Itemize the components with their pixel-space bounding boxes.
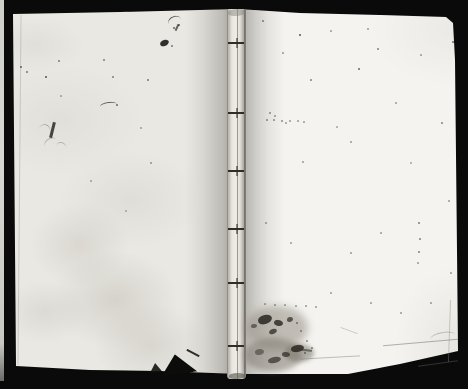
paper-speck bbox=[116, 104, 118, 106]
paper-speck bbox=[262, 20, 264, 22]
paper-speck bbox=[299, 34, 301, 36]
pencil-scribble bbox=[55, 141, 67, 152]
paper-speck bbox=[265, 222, 267, 224]
paper-speck bbox=[303, 121, 305, 123]
tape-head-shade bbox=[228, 9, 245, 16]
paper-speck bbox=[305, 305, 307, 307]
paper-speck bbox=[448, 200, 450, 202]
paper-speck bbox=[26, 71, 28, 73]
tape-foot-shade bbox=[229, 373, 245, 379]
paper-speck bbox=[273, 119, 275, 121]
paper-speck bbox=[419, 238, 421, 240]
paper-speck bbox=[395, 102, 397, 104]
paper-speck bbox=[60, 95, 62, 97]
paper-speck bbox=[311, 347, 313, 349]
paper-speck bbox=[418, 251, 420, 253]
paper-speck bbox=[140, 127, 142, 129]
paper-speck bbox=[285, 122, 287, 124]
paper-speck bbox=[171, 45, 173, 47]
paper-speck bbox=[45, 76, 47, 78]
paper-speck bbox=[290, 242, 292, 244]
paper-speck bbox=[281, 120, 283, 122]
paper-speck bbox=[330, 30, 332, 32]
paper-speck bbox=[417, 262, 419, 264]
paper-speck bbox=[300, 330, 302, 332]
paper-speck bbox=[441, 122, 443, 124]
paper-speck bbox=[284, 304, 286, 306]
paper-speck bbox=[269, 112, 271, 114]
paper-speck bbox=[350, 141, 352, 143]
paper-speck bbox=[380, 232, 382, 234]
paper-speck bbox=[296, 322, 298, 324]
paper-speck bbox=[266, 119, 268, 121]
scratch bbox=[418, 360, 458, 367]
scanner-bed bbox=[0, 0, 468, 389]
paper-speck bbox=[377, 48, 379, 50]
paper-speck bbox=[350, 252, 352, 254]
paper-speck bbox=[315, 306, 317, 308]
paper-speck bbox=[400, 312, 402, 314]
pencil-curve bbox=[100, 101, 118, 110]
paper-speck bbox=[147, 79, 149, 81]
paper-speck bbox=[289, 120, 291, 122]
artifact-layer bbox=[0, 0, 468, 389]
paper-speck bbox=[103, 59, 105, 61]
paper-speck bbox=[330, 292, 332, 294]
paper-speck bbox=[310, 79, 312, 81]
paper-speck bbox=[410, 162, 412, 164]
paper-speck bbox=[282, 52, 284, 54]
paper-speck bbox=[125, 210, 127, 212]
paper-speck bbox=[370, 302, 372, 304]
scratch bbox=[340, 327, 357, 334]
paper-speck bbox=[20, 66, 22, 68]
paper-speck bbox=[452, 41, 454, 43]
paper-speck bbox=[90, 180, 92, 182]
paper-speck bbox=[295, 305, 297, 307]
paper-speck bbox=[58, 60, 60, 62]
paper-speck bbox=[418, 222, 420, 224]
paper-speck bbox=[264, 303, 266, 305]
paper-speck bbox=[450, 272, 452, 274]
paper-speck bbox=[367, 28, 369, 30]
paper-speck bbox=[178, 24, 180, 26]
clip-shadow-small bbox=[150, 363, 163, 373]
paper-speck bbox=[173, 27, 175, 29]
ink-blot bbox=[159, 39, 169, 47]
paper-speck bbox=[150, 162, 152, 164]
paper-speck bbox=[274, 304, 276, 306]
paper-speck bbox=[420, 54, 422, 56]
paper-speck bbox=[302, 161, 304, 163]
paper-speck bbox=[274, 115, 276, 117]
clip-tip bbox=[186, 349, 199, 357]
clip-shadow bbox=[159, 352, 197, 377]
paper-speck bbox=[297, 120, 299, 122]
paper-speck bbox=[430, 302, 432, 304]
paper-speck bbox=[112, 76, 114, 78]
paper-speck bbox=[358, 68, 360, 70]
paper-speck bbox=[306, 340, 308, 342]
paper-speck bbox=[336, 126, 338, 128]
corner-curl-mark bbox=[429, 330, 457, 345]
paper-speck bbox=[304, 352, 306, 354]
